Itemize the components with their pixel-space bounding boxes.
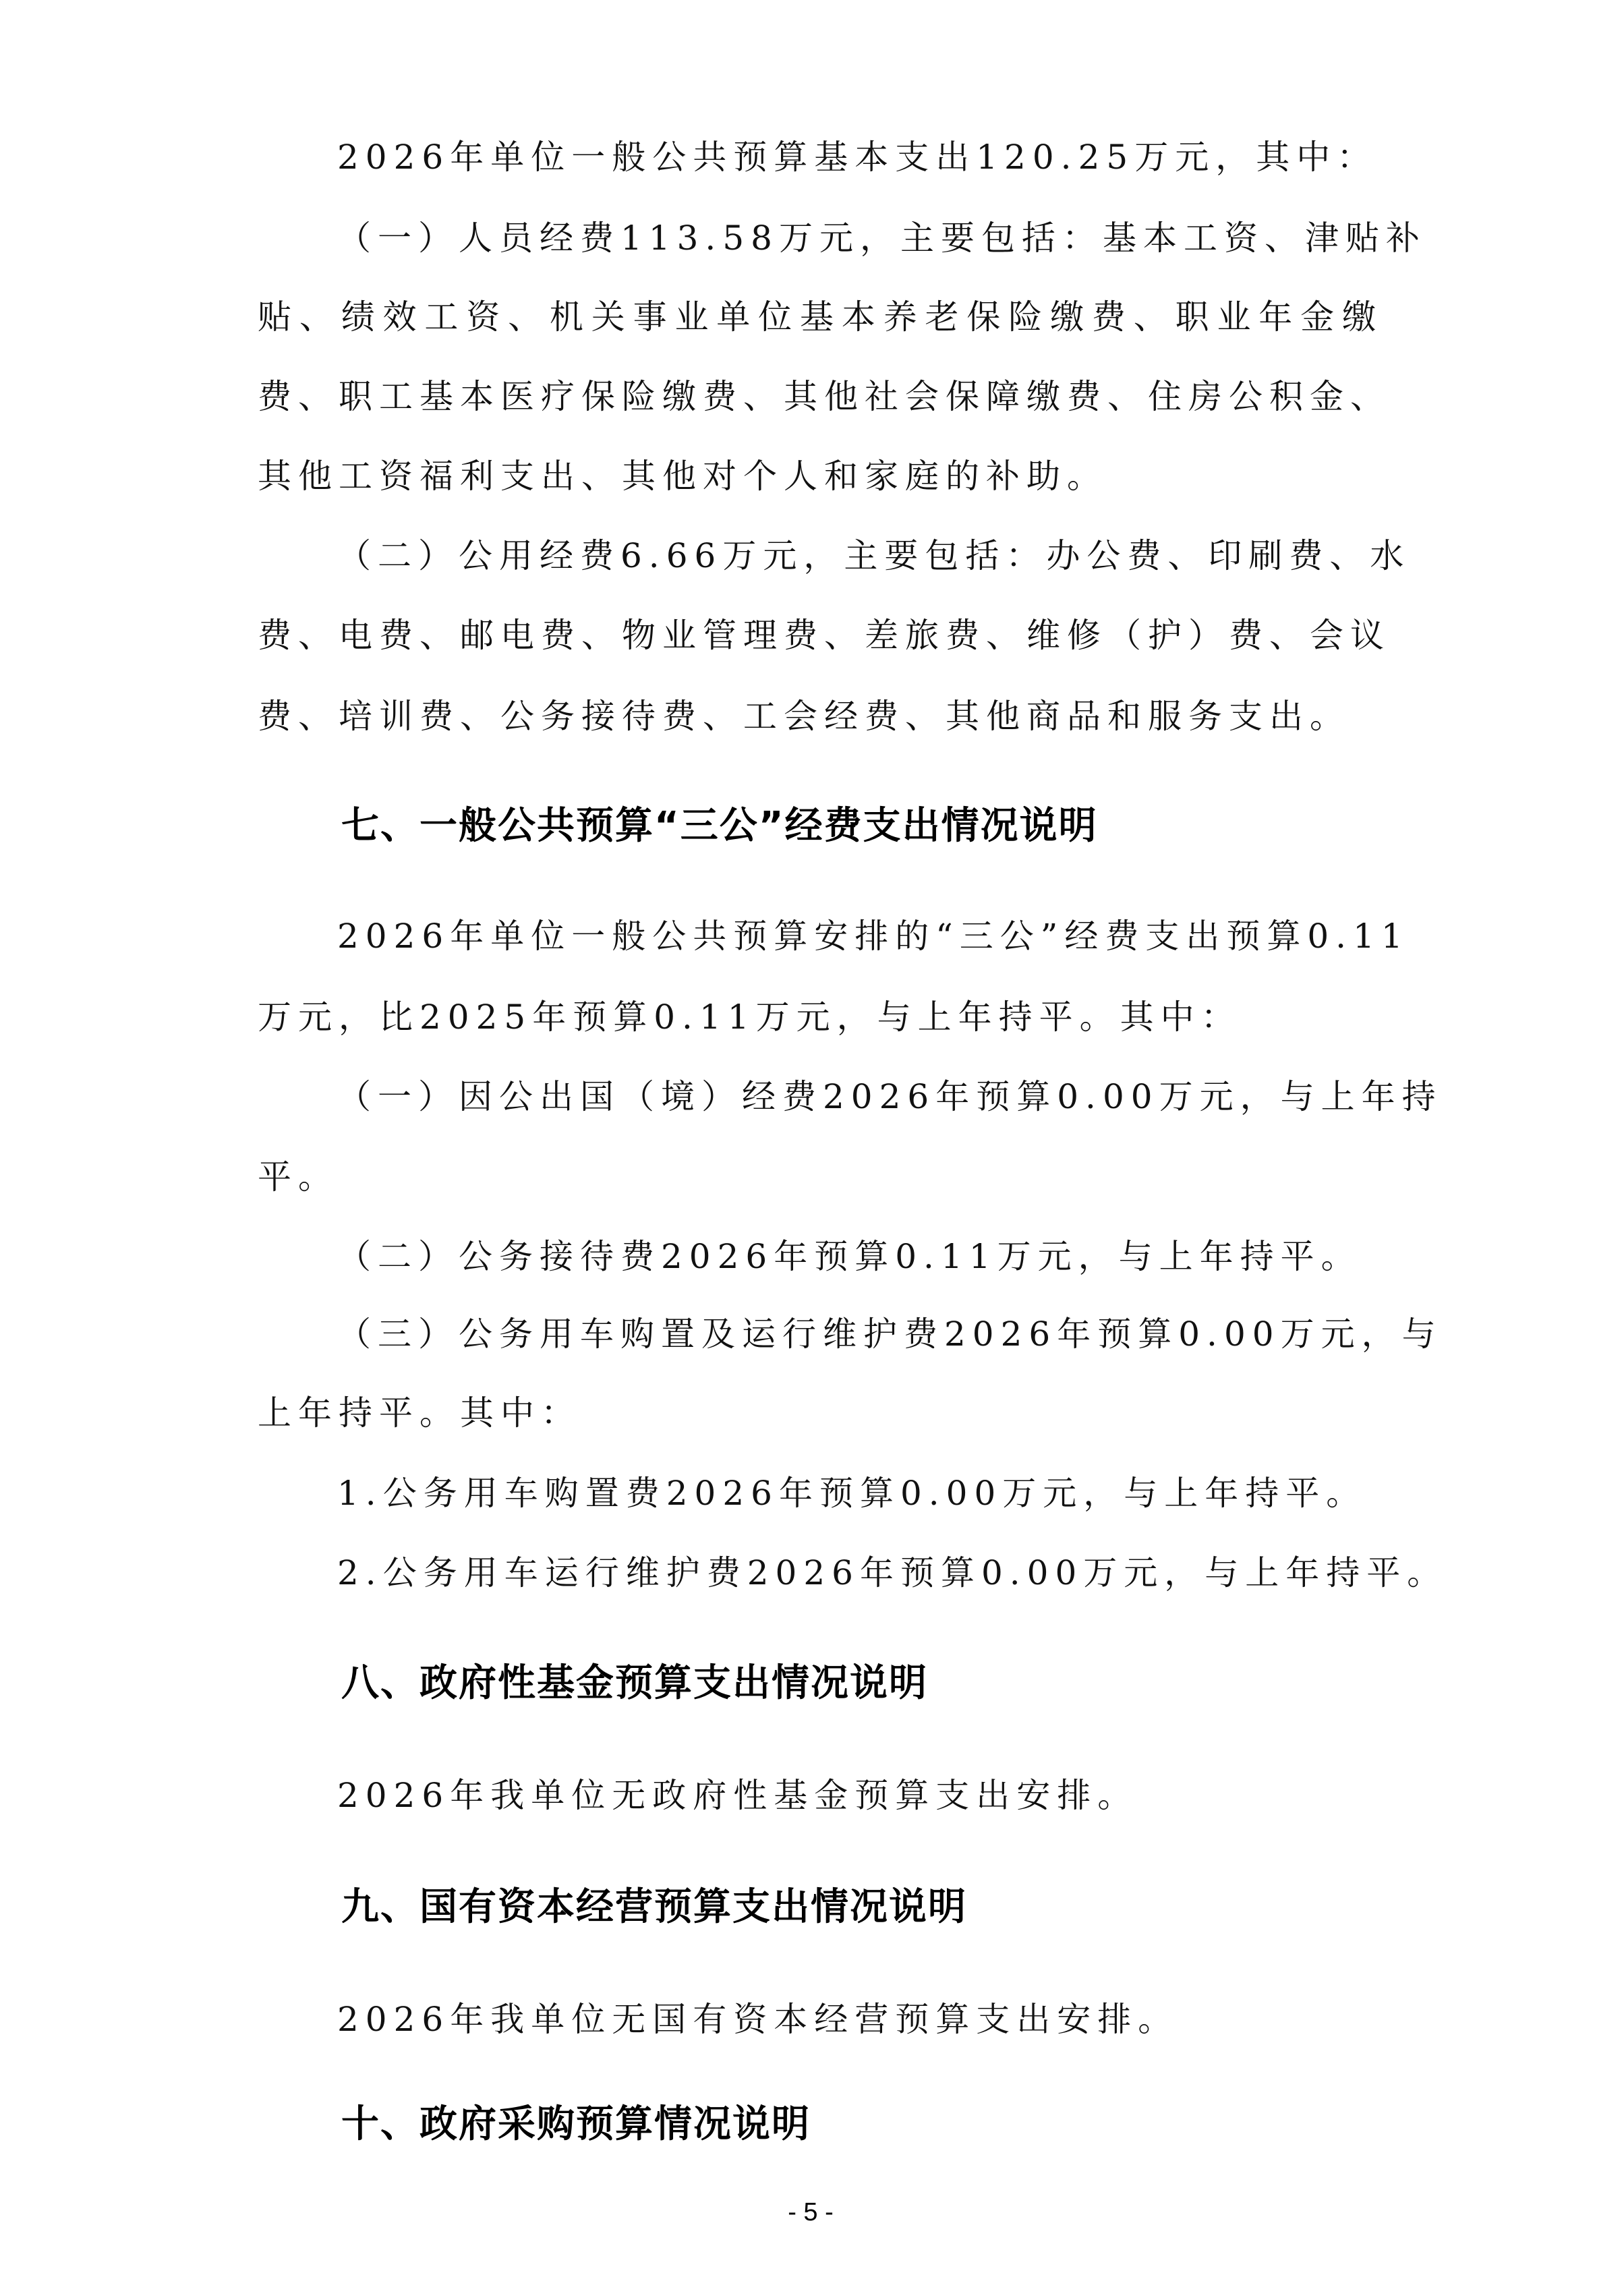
page-number: - 5 -	[743, 2195, 878, 2229]
paragraph-overseas-line-1: （一）因公出国（境）经费2026年预算0.00万元，与上年持	[337, 1070, 1383, 1124]
paragraph-personnel-line-2: 贴、绩效工资、机关事业单位基本养老保险缴费、职业年金缴	[258, 290, 1383, 344]
paragraph-public-costs-line-2: 费、电费、邮电费、物业管理费、差旅费、维修（护）费、会议	[258, 608, 1383, 662]
section-heading-10: 十、政府采购预算情况说明	[341, 2094, 811, 2155]
paragraph-basic-expenditure: 2026年单位一般公共预算基本支出120.25万元，其中：	[337, 130, 1383, 184]
paragraph-personnel-line-4: 其他工资福利支出、其他对个人和家庭的补助。	[258, 449, 1383, 503]
section-heading-8: 八、政府性基金预算支出情况说明	[341, 1653, 928, 1714]
paragraph-vehicles-line-2: 上年持平。其中：	[258, 1386, 1383, 1440]
section-heading-9: 九、国有资本经营预算支出情况说明	[341, 1877, 967, 1938]
paragraph-public-costs-line-3: 费、培训费、公务接待费、工会经费、其他商品和服务支出。	[258, 689, 1383, 743]
paragraph-vehicles-line-1: （三）公务用车购置及运行维护费2026年预算0.00万元，与	[337, 1307, 1383, 1361]
paragraph-public-costs-line-1: （二）公用经费6.66万元，主要包括：办公费、印刷费、水	[337, 529, 1383, 583]
paragraph-reception: （二）公务接待费2026年预算0.11万元，与上年持平。	[337, 1230, 1383, 1284]
paragraph-personnel-line-1: （一）人员经费113.58万元，主要包括：基本工资、津贴补	[337, 211, 1383, 265]
paragraph-state-capital: 2026年我单位无国有资本经营预算支出安排。	[337, 1992, 1383, 2046]
paragraph-gov-fund: 2026年我单位无政府性基金预算支出安排。	[337, 1768, 1383, 1822]
paragraph-three-public-line-1: 2026年单位一般公共预算安排的“三公”经费支出预算0.11	[337, 909, 1383, 963]
paragraph-three-public-line-2: 万元，比2025年预算0.11万元，与上年持平。其中：	[258, 990, 1383, 1044]
paragraph-vehicle-maintenance: 2.公务用车运行维护费2026年预算0.00万元，与上年持平。	[337, 1546, 1383, 1600]
paragraph-personnel-line-3: 费、职工基本医疗保险缴费、其他社会保障缴费、住房公积金、	[258, 370, 1383, 424]
document-page: 2026年单位一般公共预算基本支出120.25万元，其中： （一）人员经费113…	[0, 0, 1624, 2277]
paragraph-vehicle-purchase: 1.公务用车购置费2026年预算0.00万元，与上年持平。	[337, 1466, 1383, 1520]
section-heading-7: 七、一般公共预算“三公”经费支出情况说明	[341, 796, 1098, 857]
paragraph-overseas-line-2: 平。	[258, 1150, 1383, 1204]
